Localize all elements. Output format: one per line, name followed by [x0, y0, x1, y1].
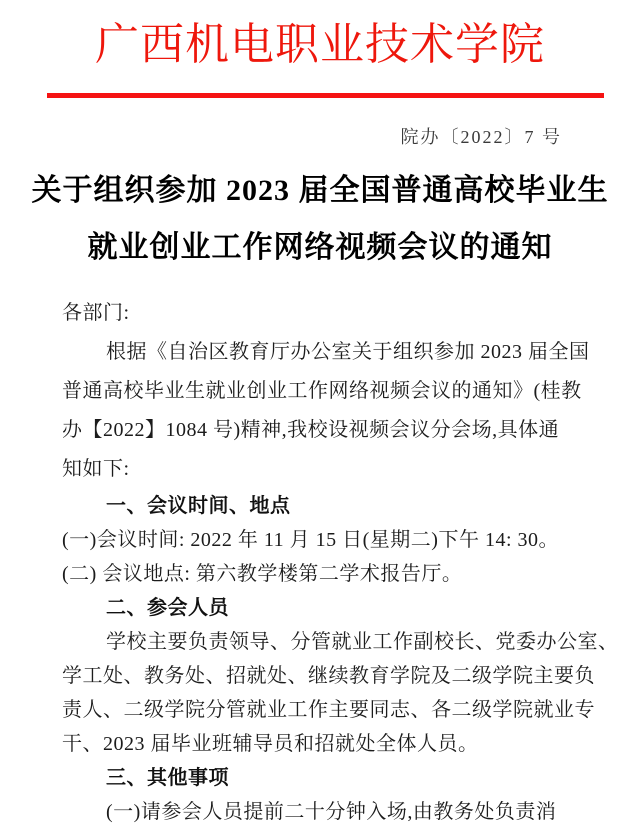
- notice-title-line-1: 关于组织参加 2023 届全国普通高校毕业生: [0, 162, 640, 219]
- document-number: 院办〔2022〕7 号: [0, 123, 562, 149]
- document-page: 广西机电职业技术学院 院办〔2022〕7 号 关于组织参加 2023 届全国普通…: [0, 0, 640, 838]
- section-heading-2: 二、参会人员: [62, 591, 600, 625]
- paragraph-line: 干、2023 届毕业班辅导员和招就处全体人员。: [62, 727, 600, 761]
- paragraph-line: 普通高校毕业生就业创业工作网络视频会议的通知》(桂教: [62, 372, 600, 411]
- paragraph-line: 办【2022】1084 号)精神,我校设视频会议分会场,具体通: [62, 411, 600, 450]
- paragraph-line: 学工处、教务处、招就处、继续教育学院及二级学院主要负: [62, 659, 600, 693]
- section-heading-3: 三、其他事项: [62, 761, 600, 795]
- paragraph-line: 学校主要负责领导、分管就业工作副校长、党委办公室、: [62, 625, 600, 659]
- notice-title: 关于组织参加 2023 届全国普通高校毕业生 就业创业工作网络视频会议的通知: [0, 162, 640, 276]
- document-body: 各部门: 根据《自治区教育厅办公室关于组织参加 2023 届全国 普通高校毕业生…: [62, 294, 600, 829]
- meeting-time-line: (一)会议时间: 2022 年 11 月 15 日(星期二)下午 14: 30。: [62, 523, 600, 557]
- paragraph-line: 知如下:: [62, 450, 600, 489]
- meeting-place-line: (二) 会议地点: 第六教学楼第二学术报告厅。: [62, 557, 600, 591]
- section-heading-1: 一、会议时间、地点: [62, 489, 600, 523]
- paragraph-line: (一)请参会人员提前二十分钟入场,由教务处负责消: [62, 795, 600, 829]
- letterhead-divider: [47, 93, 604, 98]
- paragraph-line: 责人、二级学院分管就业工作主要同志、各二级学院就业专: [62, 693, 600, 727]
- salutation: 各部门:: [62, 294, 600, 333]
- letterhead-org-name: 广西机电职业技术学院: [0, 14, 640, 76]
- paragraph-line: 根据《自治区教育厅办公室关于组织参加 2023 届全国: [62, 333, 600, 372]
- notice-title-line-2: 就业创业工作网络视频会议的通知: [0, 219, 640, 276]
